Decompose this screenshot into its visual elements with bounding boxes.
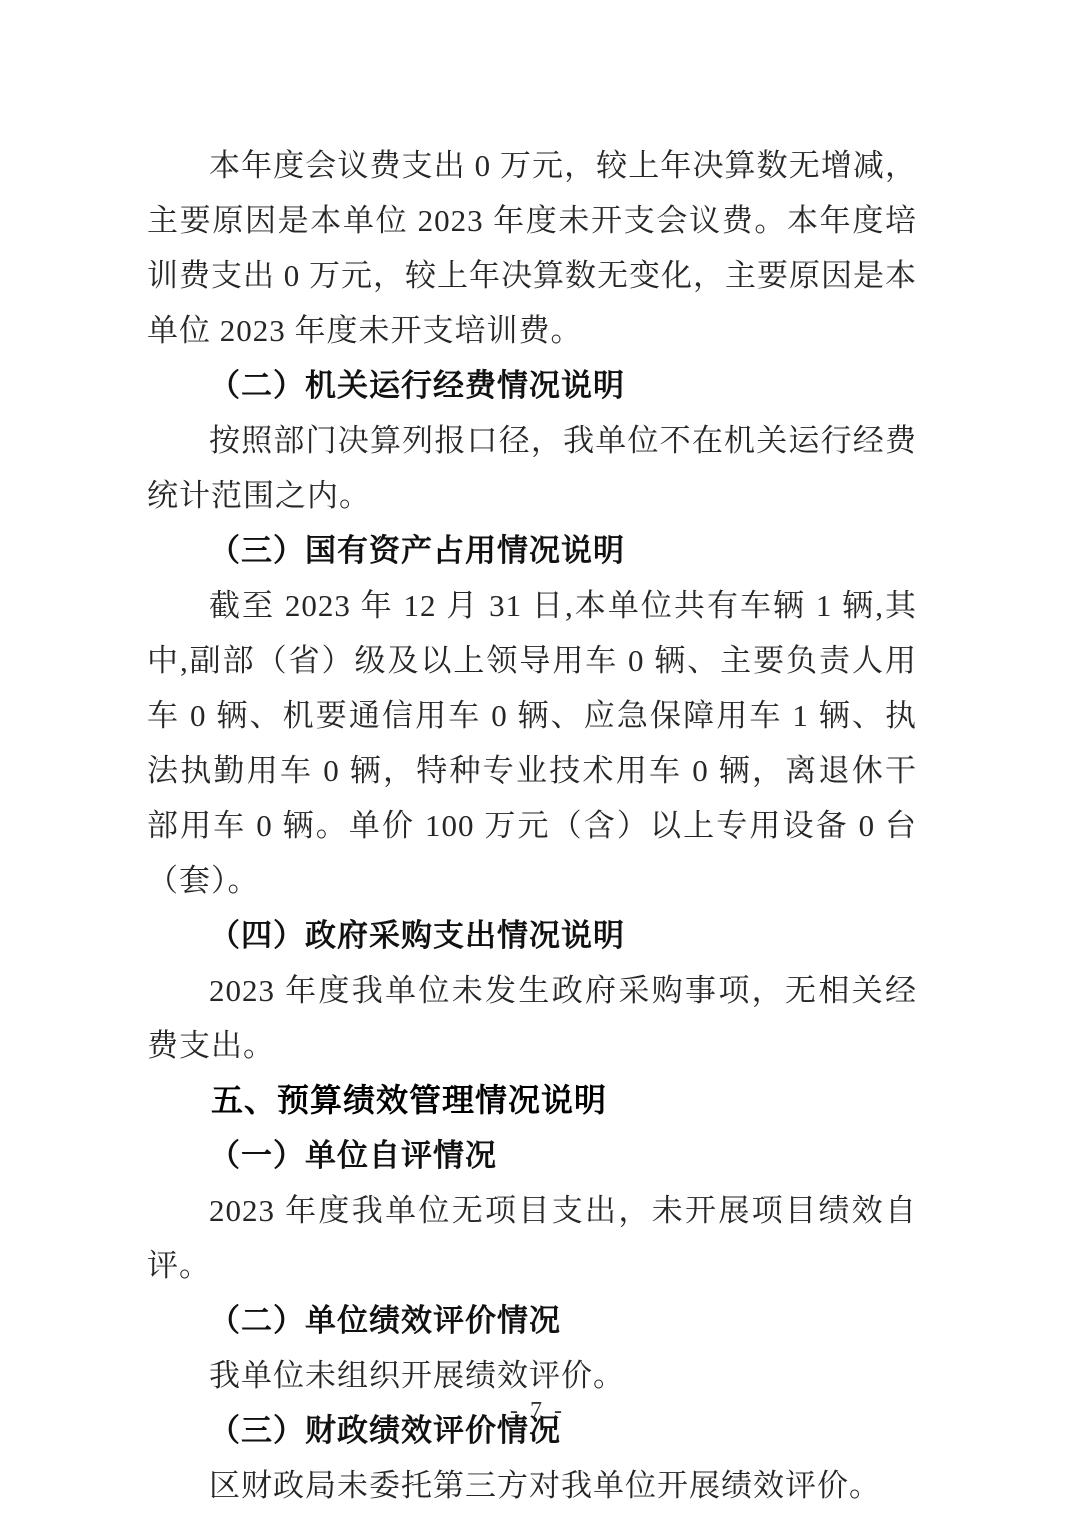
- paragraph-meeting-and-training-fees: 本年度会议费支出 0 万元，较上年决算数无增减，主要原因是本单位 2023 年度…: [147, 138, 917, 358]
- paragraph-government-procurement: 2023 年度我单位未发生政府采购事项，无相关经费支出。: [147, 963, 917, 1073]
- paragraph-agency-operating-funds: 按照部门决算列报口径，我单位不在机关运行经费统计范围之内。: [147, 413, 917, 523]
- paragraph-unit-self-evaluation: 2023 年度我单位无项目支出，未开展项目绩效自评。: [147, 1183, 917, 1293]
- heading-unit-self-evaluation: （一）单位自评情况: [147, 1128, 917, 1183]
- heading-state-owned-assets: （三）国有资产占用情况说明: [147, 523, 917, 578]
- heading-agency-operating-funds: （二）机关运行经费情况说明: [147, 358, 917, 413]
- paragraph-state-owned-assets-vehicles: 截至 2023 年 12 月 31 日,本单位共有车辆 1 辆,其中,副部（省）…: [147, 578, 917, 908]
- page-number: - 7 -: [0, 1398, 1075, 1425]
- paragraph-unit-performance-evaluation: 我单位未组织开展绩效评价。: [147, 1348, 917, 1403]
- paragraph-fiscal-performance-evaluation: 区财政局未委托第三方对我单位开展绩效评价。: [147, 1458, 917, 1513]
- heading-government-procurement: （四）政府采购支出情况说明: [147, 908, 917, 963]
- document-text-area: 本年度会议费支出 0 万元，较上年决算数无增减，主要原因是本单位 2023 年度…: [147, 138, 917, 1513]
- heading-budget-performance-management-section: 五、预算绩效管理情况说明: [147, 1073, 917, 1128]
- document-page: 本年度会议费支出 0 万元，较上年决算数无增减，主要原因是本单位 2023 年度…: [0, 0, 1075, 1520]
- heading-unit-performance-evaluation: （二）单位绩效评价情况: [147, 1293, 917, 1348]
